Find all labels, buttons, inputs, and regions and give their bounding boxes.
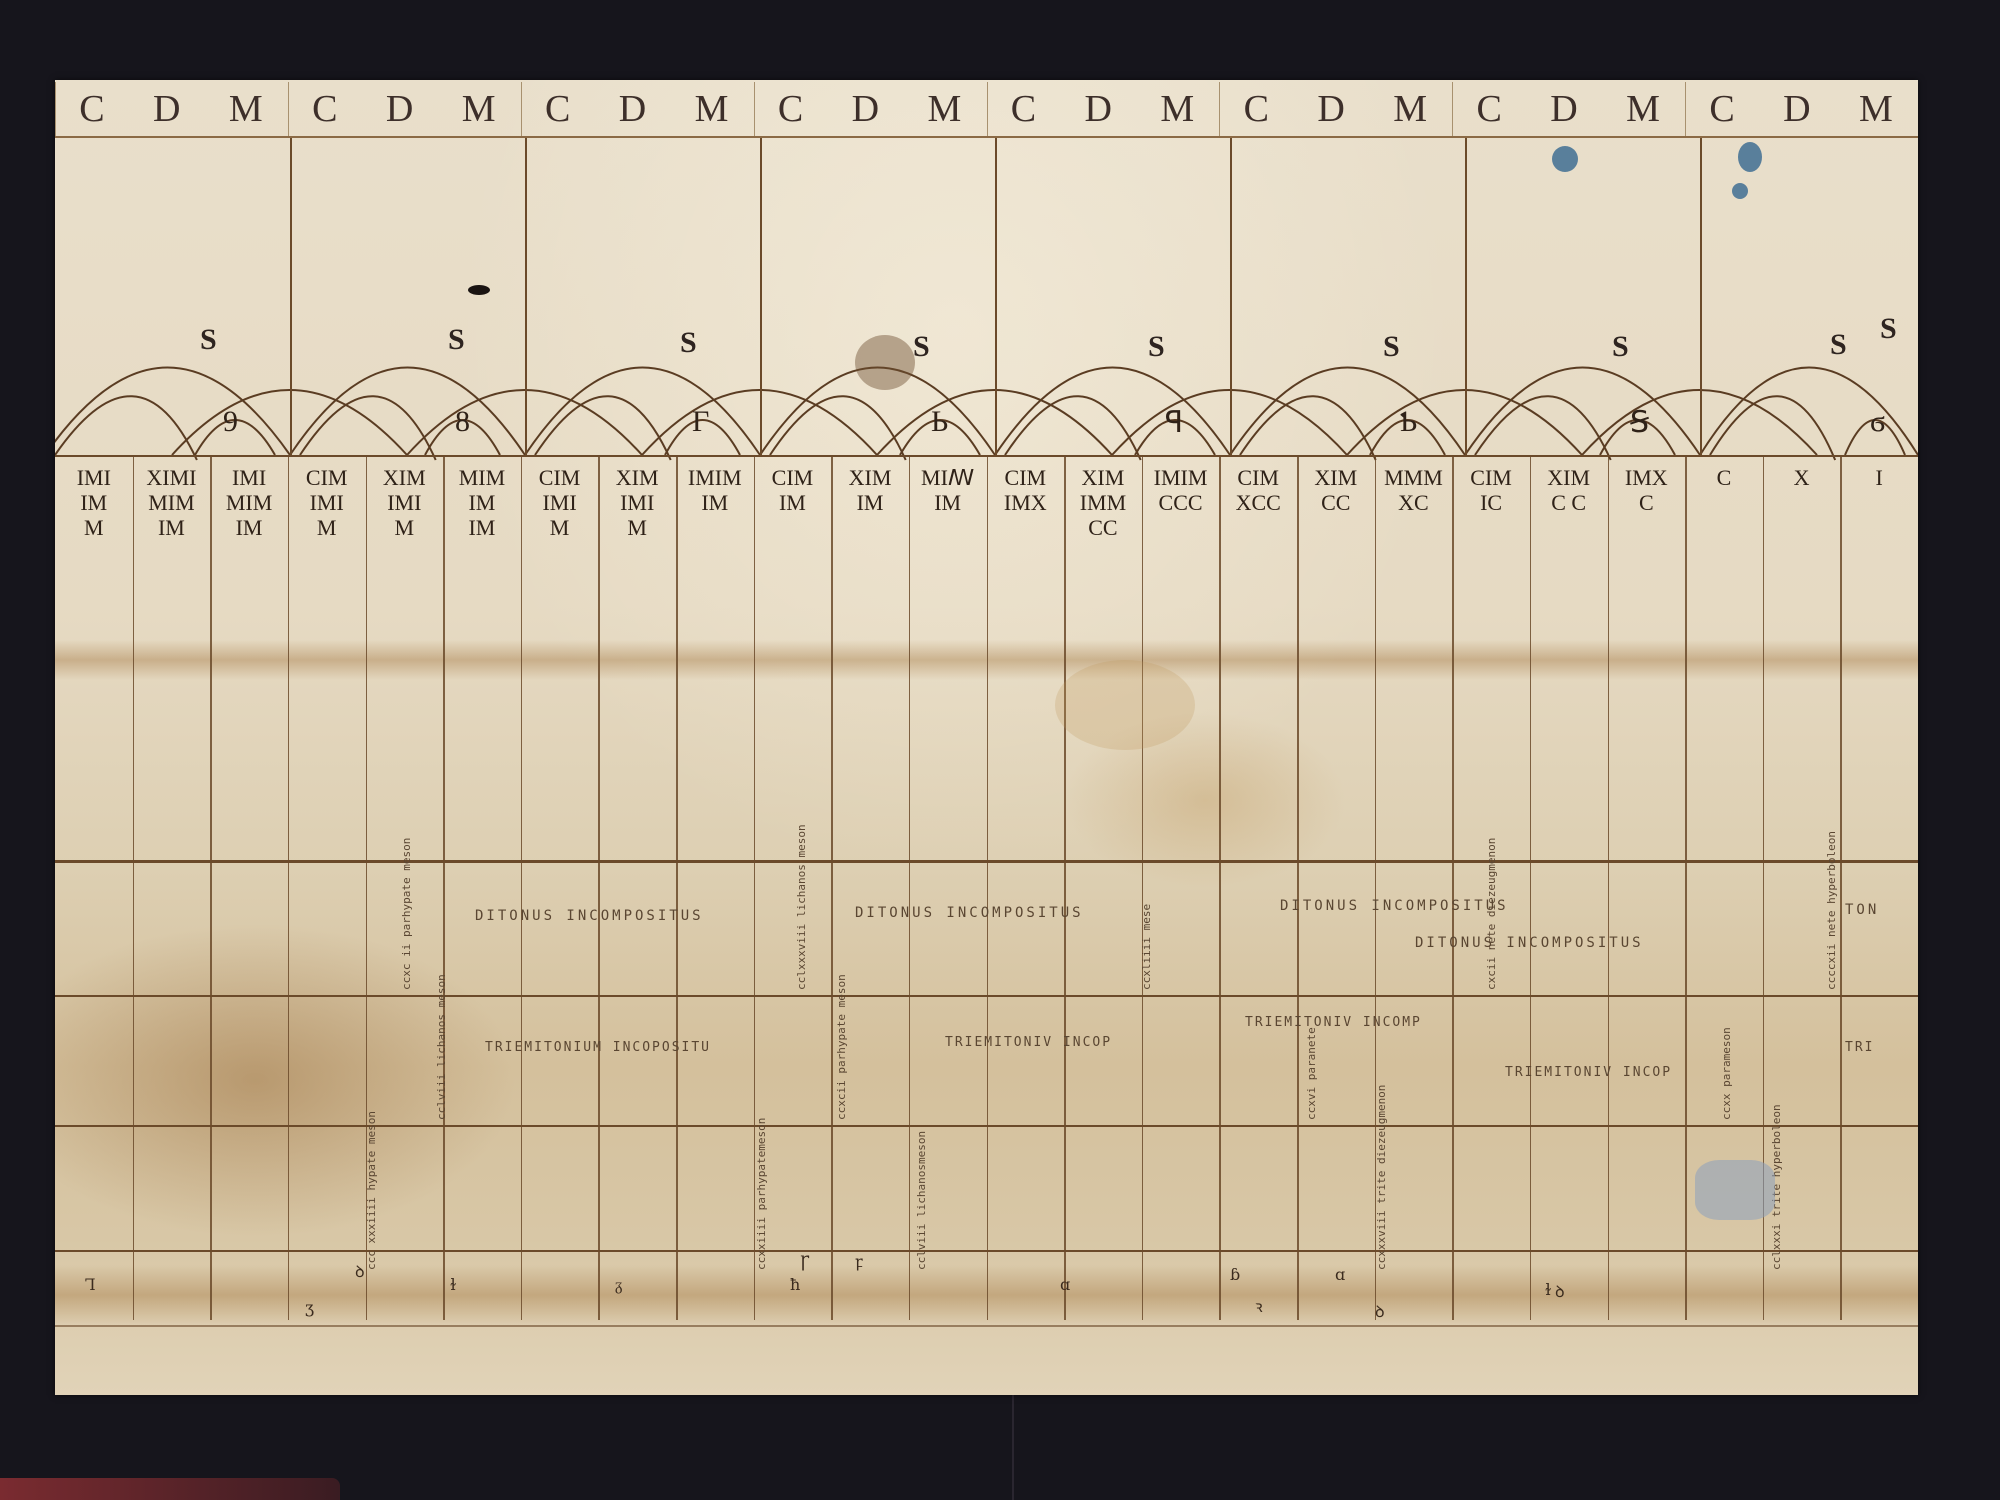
numeral-line: IMX: [987, 490, 1065, 515]
numeral-line: IMI: [210, 465, 288, 490]
numeral-line: MMM: [1375, 465, 1453, 490]
table-label: DITONUS INCOMPOSITUS: [475, 908, 704, 924]
vertical-note: ccxx parameson: [1720, 1000, 1733, 1120]
numeral-line: XIM: [598, 465, 676, 490]
numeral-line: XCC: [1219, 490, 1297, 515]
arc-symbol: Ƅ: [1400, 405, 1417, 439]
bottom-letter: ᵹ: [615, 1275, 623, 1295]
bottom-letter: ꝺ: [1375, 1300, 1385, 1322]
vertical-note: cxcii nete diezeugmenon: [1485, 870, 1498, 990]
blue-ink-stain: [1552, 146, 1578, 172]
column-rule: [598, 455, 600, 1320]
numeral-line: IM: [55, 490, 133, 515]
numeral-line: IMI: [288, 490, 366, 515]
numeral-cell: IMIMIM: [676, 465, 754, 515]
s-mark: S: [1612, 330, 1629, 364]
numeral-line: XIM: [1064, 465, 1142, 490]
table-label: DITONUS INCOMPOSITUS: [855, 905, 1084, 921]
numeral-line: M: [521, 515, 599, 540]
table-label: TRIEMITONIUM INCOPOSITU: [485, 1040, 711, 1055]
numeral-line: CIM: [521, 465, 599, 490]
numeral-line: CC: [1064, 515, 1142, 540]
numeral-line: IMIM: [1142, 465, 1220, 490]
bottom-letter: ɑ: [1060, 1275, 1070, 1294]
vertical-note: ccc xxxiiii hypate meson: [365, 1150, 378, 1270]
major-rule: [1230, 138, 1232, 455]
numeral-cell: IMIIMM: [55, 465, 133, 540]
column-rule: [987, 455, 989, 1320]
numeral-line: IMI: [366, 490, 444, 515]
column-rule: [1530, 455, 1532, 1320]
numeral-line: IM: [443, 490, 521, 515]
vertical-note: ccxliiii mese: [1140, 870, 1153, 990]
numeral-line: C: [1685, 465, 1763, 490]
vertical-note: ccxxxviii trite diezeugmenon: [1375, 1150, 1388, 1270]
bottom-letter: ħ: [790, 1275, 800, 1294]
column-rule: [831, 455, 833, 1320]
major-rule: [1465, 138, 1467, 455]
arc-symbol: Γ: [692, 405, 709, 439]
arc-symbol: ꟼ: [1165, 405, 1183, 440]
bottom-rule: [55, 1325, 1918, 1327]
bottom-letter: ꝺ: [1555, 1280, 1565, 1302]
brown-stain: [855, 335, 915, 390]
blue-grey-damage: [1695, 1160, 1775, 1220]
numeral-line: MIꟿ: [909, 465, 987, 490]
vertical-note: ccxcii parhypate meson: [835, 1000, 848, 1120]
numeral-cell: XIMIMIM: [366, 465, 444, 540]
numeral-line: XIM: [1297, 465, 1375, 490]
column-rule: [1064, 455, 1066, 1320]
arc-symbol: Ꞩ: [1630, 405, 1649, 440]
numeral-line: IM: [133, 515, 211, 540]
vertical-note: cclxxxviii lichanos meson: [795, 870, 808, 990]
table-label: DITONUS INCOMPOSITUS: [1280, 898, 1509, 914]
numeral-line: IC: [1452, 490, 1530, 515]
numeral-cell: MIꟿIM: [909, 465, 987, 515]
numeral-line: IM: [443, 515, 521, 540]
arc-symbol: ϭ: [1870, 405, 1885, 439]
column-rule: [210, 455, 212, 1320]
numeral-cell: XIMCC: [1297, 465, 1375, 515]
numeral-line: IMI: [55, 465, 133, 490]
vertical-note: ccxc ii parhypate meson: [400, 870, 413, 990]
numeral-cell: XIMIMMCC: [1064, 465, 1142, 540]
bottom-letter: ɫ: [1545, 1280, 1551, 1299]
bottom-letter: ꝺ: [355, 1260, 365, 1282]
numeral-line: MIM: [133, 490, 211, 515]
s-mark: S: [1830, 328, 1847, 362]
numeral-line: IM: [754, 490, 832, 515]
vertical-note: cclviii lichanos meson: [435, 1000, 448, 1120]
table-rule: [55, 860, 1918, 863]
major-rule: [1700, 138, 1702, 455]
major-rule: [525, 138, 527, 455]
table-rule: [55, 1125, 1918, 1127]
numeral-line: CIM: [1452, 465, 1530, 490]
column-rule: [676, 455, 678, 1320]
numeral-cell: CIMIMX: [987, 465, 1065, 515]
numeral-line: MIM: [210, 490, 288, 515]
numeral-cell: MIMIMIM: [443, 465, 521, 540]
major-rule: [290, 138, 292, 455]
bottom-letter: ʒ: [305, 1298, 314, 1317]
numeral-cell: I: [1840, 465, 1918, 490]
numeral-line: IMI: [521, 490, 599, 515]
blue-ink-stain: [1738, 142, 1762, 172]
vertical-note: cclviii lichanosmeson: [915, 1150, 928, 1270]
numeral-line: X: [1763, 465, 1841, 490]
numeral-cell: CIMIMIM: [521, 465, 599, 540]
numeral-line: M: [598, 515, 676, 540]
numeral-cell: CIMIC: [1452, 465, 1530, 515]
s-mark: S: [1148, 330, 1165, 364]
numeral-line: IM: [909, 490, 987, 515]
numeral-cell: CIMXCC: [1219, 465, 1297, 515]
numeral-line: CIM: [754, 465, 832, 490]
numeral-cell: XIMIMIMIM: [133, 465, 211, 540]
column-rule: [521, 455, 523, 1320]
numeral-cell: IMIMCCC: [1142, 465, 1220, 515]
numeral-line: M: [288, 515, 366, 540]
numeral-line: CIM: [288, 465, 366, 490]
s-mark: S: [680, 326, 697, 360]
numeral-cell: XIMIM: [831, 465, 909, 515]
numeral-cell: X: [1763, 465, 1841, 490]
numeral-cell: IMXC: [1608, 465, 1686, 515]
column-rule: [1840, 455, 1842, 1320]
column-rule: [1452, 455, 1454, 1320]
arc-symbol: 8: [455, 405, 470, 439]
s-mark: S: [448, 323, 465, 357]
numeral-line: IM: [676, 490, 754, 515]
numeral-cell: MMMXC: [1375, 465, 1453, 515]
numeral-cell: XIMC C: [1530, 465, 1608, 515]
numeral-cell: CIMIMIM: [288, 465, 366, 540]
column-rule: [1685, 455, 1687, 1320]
column-rule: [1608, 455, 1610, 1320]
major-rule: [995, 138, 997, 455]
numeral-line: I: [1840, 465, 1918, 490]
arc-symbol: Ь: [931, 405, 948, 439]
table-label: TRIEMITONIV INCOMP: [1245, 1015, 1422, 1030]
numeral-line: CCC: [1142, 490, 1220, 515]
numeral-line: IM: [831, 490, 909, 515]
numeral-cell: CIMIM: [754, 465, 832, 515]
numeral-line: IMX: [1608, 465, 1686, 490]
column-rule: [288, 455, 290, 1320]
bottom-letter: Ꞅ: [800, 1252, 810, 1271]
column-rule: [1297, 455, 1299, 1320]
mount-seam: [1012, 1390, 1014, 1500]
numeral-line: C: [1608, 490, 1686, 515]
ink-blot: [468, 285, 490, 295]
bottom-letter: ꝛ: [1255, 1295, 1263, 1317]
numeral-line: C C: [1530, 490, 1608, 515]
s-mark: S: [913, 330, 930, 364]
numeral-line: IMIM: [676, 465, 754, 490]
table-label: TON: [1845, 902, 1879, 918]
column-rule: [443, 455, 445, 1320]
bottom-letter: ɑ: [1335, 1265, 1345, 1284]
table-label: DITONUS INCOMPOSITUS: [1415, 935, 1644, 951]
vertical-note: ccxxiiii parhypatemeson: [755, 1150, 768, 1270]
numeral-line: IMI: [598, 490, 676, 515]
s-mark: S: [1383, 330, 1400, 364]
numeral-line: XIM: [366, 465, 444, 490]
numeral-line: M: [366, 515, 444, 540]
brown-stain: [1055, 660, 1195, 750]
parchment-manuscript: CDMCDMCDMCDMCDMCDMCDMCDM SSSSSSSSS 98ΓЬꟼ…: [55, 80, 1918, 1395]
table-rule: [55, 1250, 1918, 1252]
numeral-line: XIM: [831, 465, 909, 490]
vertical-note: ccxvi paranete: [1305, 1000, 1318, 1120]
major-rule: [760, 138, 762, 455]
table-label: TRI: [1845, 1040, 1874, 1055]
numeral-line: M: [55, 515, 133, 540]
numeral-line: XC: [1375, 490, 1453, 515]
numeral-cell: XIMIMIM: [598, 465, 676, 540]
numeral-line: MIM: [443, 465, 521, 490]
arc-symbol: 9: [223, 405, 238, 439]
numeral-cell: IMIMIMIM: [210, 465, 288, 540]
bottom-letter: ꝼ: [855, 1252, 863, 1271]
numeral-line: IMM: [1064, 490, 1142, 515]
column-rule: [1219, 455, 1221, 1320]
numeral-cell: C: [1685, 465, 1763, 490]
s-mark: S: [200, 323, 217, 357]
bottom-letter: Ꞁ: [85, 1275, 96, 1294]
bottom-letter: ɫ: [450, 1275, 456, 1294]
numeral-line: CC: [1297, 490, 1375, 515]
numeral-line: XIMI: [133, 465, 211, 490]
column-rule: [133, 455, 135, 1320]
numeral-line: XIM: [1530, 465, 1608, 490]
numeral-line: CIM: [987, 465, 1065, 490]
table-rule: [55, 995, 1918, 997]
numeral-line: IM: [210, 515, 288, 540]
blue-ink-stain: [1732, 183, 1748, 199]
vertical-note: ccccxii nete hyperboleon: [1825, 870, 1838, 990]
red-object-edge: [0, 1478, 340, 1500]
table-label: TRIEMITONIV INCOP: [1505, 1065, 1672, 1080]
s-mark: S: [1880, 312, 1897, 346]
numeral-line: CIM: [1219, 465, 1297, 490]
bottom-letter: ɓ: [1230, 1265, 1240, 1284]
table-label: TRIEMITONIV INCOP: [945, 1035, 1112, 1050]
column-rule: [909, 455, 911, 1320]
